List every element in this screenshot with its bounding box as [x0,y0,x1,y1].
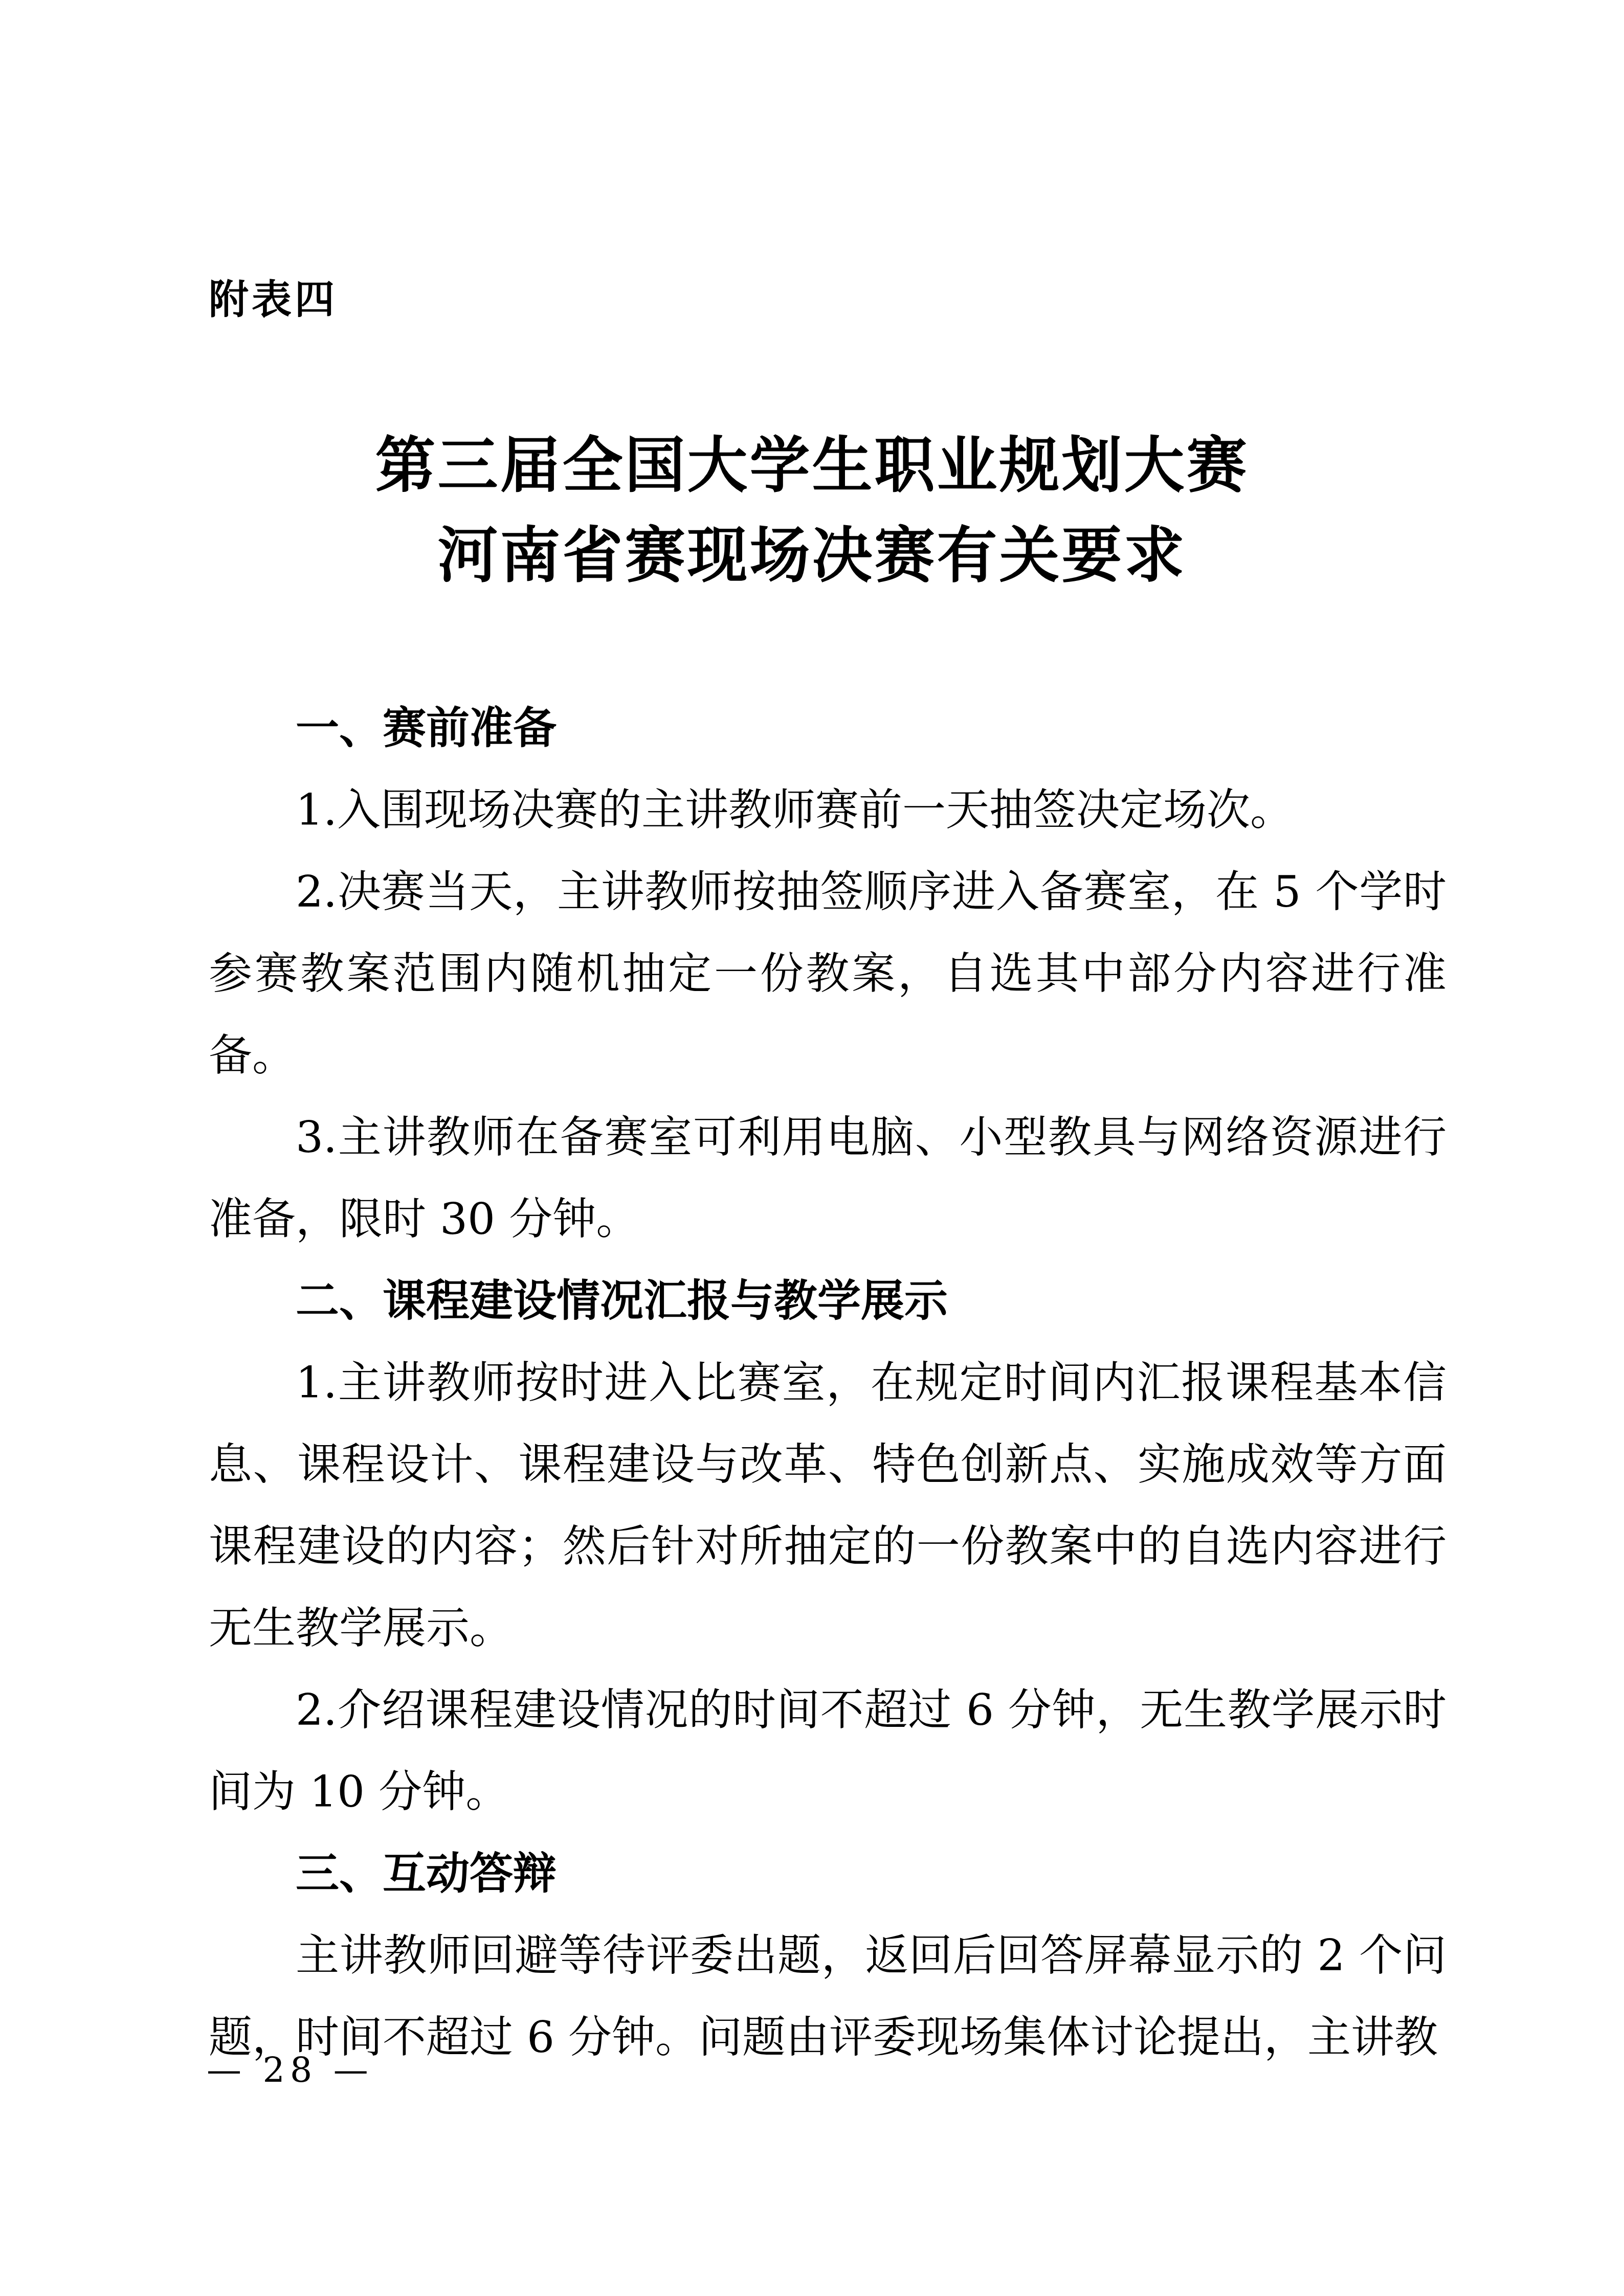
body-paragraph: 2.介绍课程建设情况的时间不超过 6 分钟，无生教学展示时间为 10 分钟。 [209,1670,1447,1833]
attachment-label: 附表四 [209,279,338,323]
page-number: — 28 — [207,2050,373,2091]
body-paragraph: 1.主讲教师按时进入比赛室，在规定时间内汇报课程基本信息、课程设计、课程建设与改… [209,1342,1447,1670]
section-heading-2: 二、课程建设情况汇报与教学展示 [209,1260,1447,1342]
document-title: 第三届全国大学生职业规划大赛 河南省赛现场决赛有关要求 [0,420,1624,600]
title-line-1: 第三届全国大学生职业规划大赛 [0,420,1624,510]
title-line-2: 河南省赛现场决赛有关要求 [0,510,1624,600]
body-paragraph: 主讲教师回避等待评委出题，返回后回答屏幕显示的 2 个问题，时间不超过 6 分钟… [209,1915,1447,2079]
document-page: 附表四 第三届全国大学生职业规划大赛 河南省赛现场决赛有关要求 一、赛前准备 1… [0,0,1624,2296]
body-paragraph: 1.入围现场决赛的主讲教师赛前一天抽签决定场次。 [209,770,1447,851]
section-heading-3: 三、互动答辩 [209,1833,1447,1915]
body-paragraph: 3.主讲教师在备赛室可利用电脑、小型教具与网络资源进行准备，限时 30 分钟。 [209,1097,1447,1260]
document-body: 一、赛前准备 1.入围现场决赛的主讲教师赛前一天抽签决定场次。 2.决赛当天，主… [209,688,1447,2079]
body-paragraph: 2.决赛当天，主讲教师按抽签顺序进入备赛室，在 5 个学时参赛教案范围内随机抽定… [209,851,1447,1097]
section-heading-1: 一、赛前准备 [209,688,1447,770]
